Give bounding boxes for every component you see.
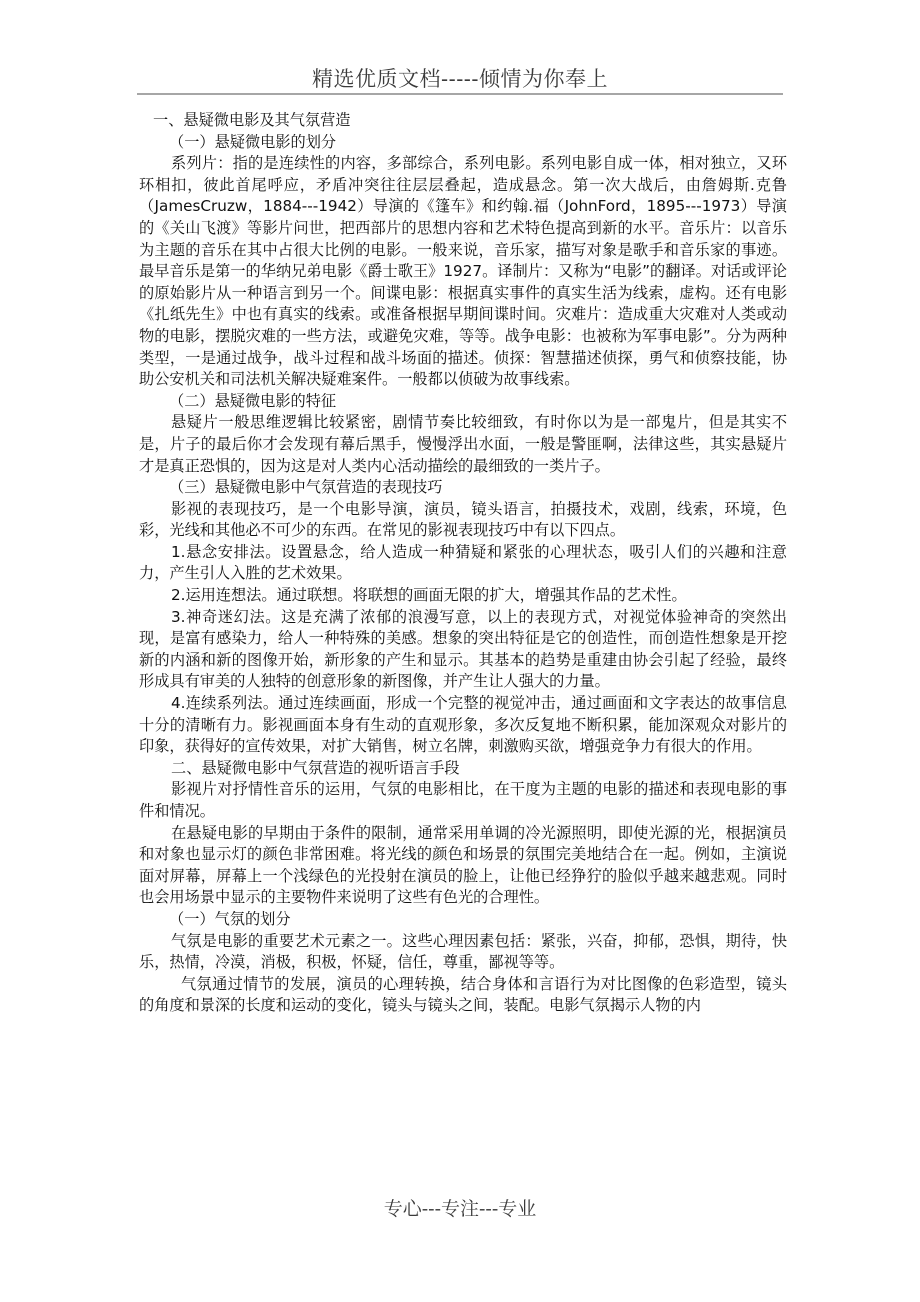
paragraph-atmosphere-development: 气氛通过情节的发展，演员的心理转换，结合身体和言语行为对比图像的色彩造型，镜头的… [139, 974, 787, 1017]
page-header-title: 精选优质文档-----倾情为你奉上 [0, 63, 920, 93]
paragraph-lighting: 在悬疑电影的早期由于条件的限制，通常采用单调的冷光源照明，即使光源的光，根据演员… [139, 823, 787, 909]
section-heading-1: 一、悬疑微电影及其气氛营造 [139, 110, 787, 132]
paragraph-technique-1: 1.悬念安排法。设置悬念，给人造成一种猜疑和紧张的心理状态，吸引人们的兴趣和注意… [139, 542, 787, 585]
paragraph-features: 悬疑片一般思维逻辑比较紧密，剧情节奏比较细致，有时你以为是一部鬼片，但是其实不是… [139, 412, 787, 477]
page-footer-title: 专心---专注---专业 [0, 1194, 920, 1221]
subsection-heading-features: （二）悬疑微电影的特征 [139, 391, 787, 413]
subsection-heading-atmosphere: （一）气氛的划分 [139, 909, 787, 931]
paragraph-film-types: 系列片：指的是连续性的内容，多部综合，系列电影。系列电影自成一体，相对独立，又环… [139, 153, 787, 391]
header-divider [137, 93, 783, 95]
paragraph-music: 影视片对抒情性音乐的运用，气氛的电影相比，在干度为主题的电影的描述和表现电影的事… [139, 779, 787, 822]
document-page: 精选优质文档-----倾情为你奉上 一、悬疑微电影及其气氛营造 （一）悬疑微电影… [0, 0, 920, 1302]
paragraph-atmosphere-elements: 气氛是电影的重要艺术元素之一。这些心理因素包括：紧张，兴奋，抑郁，恐惧，期待，快… [139, 931, 787, 974]
paragraph-technique-4: 4.连续系列法。通过连续画面，形成一个完整的视觉冲击，通过画面和文字表达的故事信… [139, 693, 787, 758]
document-body: 一、悬疑微电影及其气氛营造 （一）悬疑微电影的划分 系列片：指的是连续性的内容，… [139, 110, 787, 1017]
paragraph-techniques-intro: 影视的表现技巧，是一个电影导演，演员，镜头语言，拍摄技术，戏剧，线索，环境，色彩… [139, 499, 787, 542]
subsection-heading-techniques: （三）悬疑微电影中气氛营造的表现技巧 [139, 477, 787, 499]
paragraph-technique-3: 3.神奇迷幻法。这是充满了浓郁的浪漫写意，以上的表现方式，对视觉体验神奇的突然出… [139, 607, 787, 693]
paragraph-technique-2: 2.运用连想法。通过联想。将联想的画面无限的扩大，增强其作品的艺术性。 [139, 585, 787, 607]
section-heading-2: 二、悬疑微电影中气氛营造的视听语言手段 [139, 758, 787, 780]
subsection-heading-classification: （一）悬疑微电影的划分 [139, 132, 787, 154]
